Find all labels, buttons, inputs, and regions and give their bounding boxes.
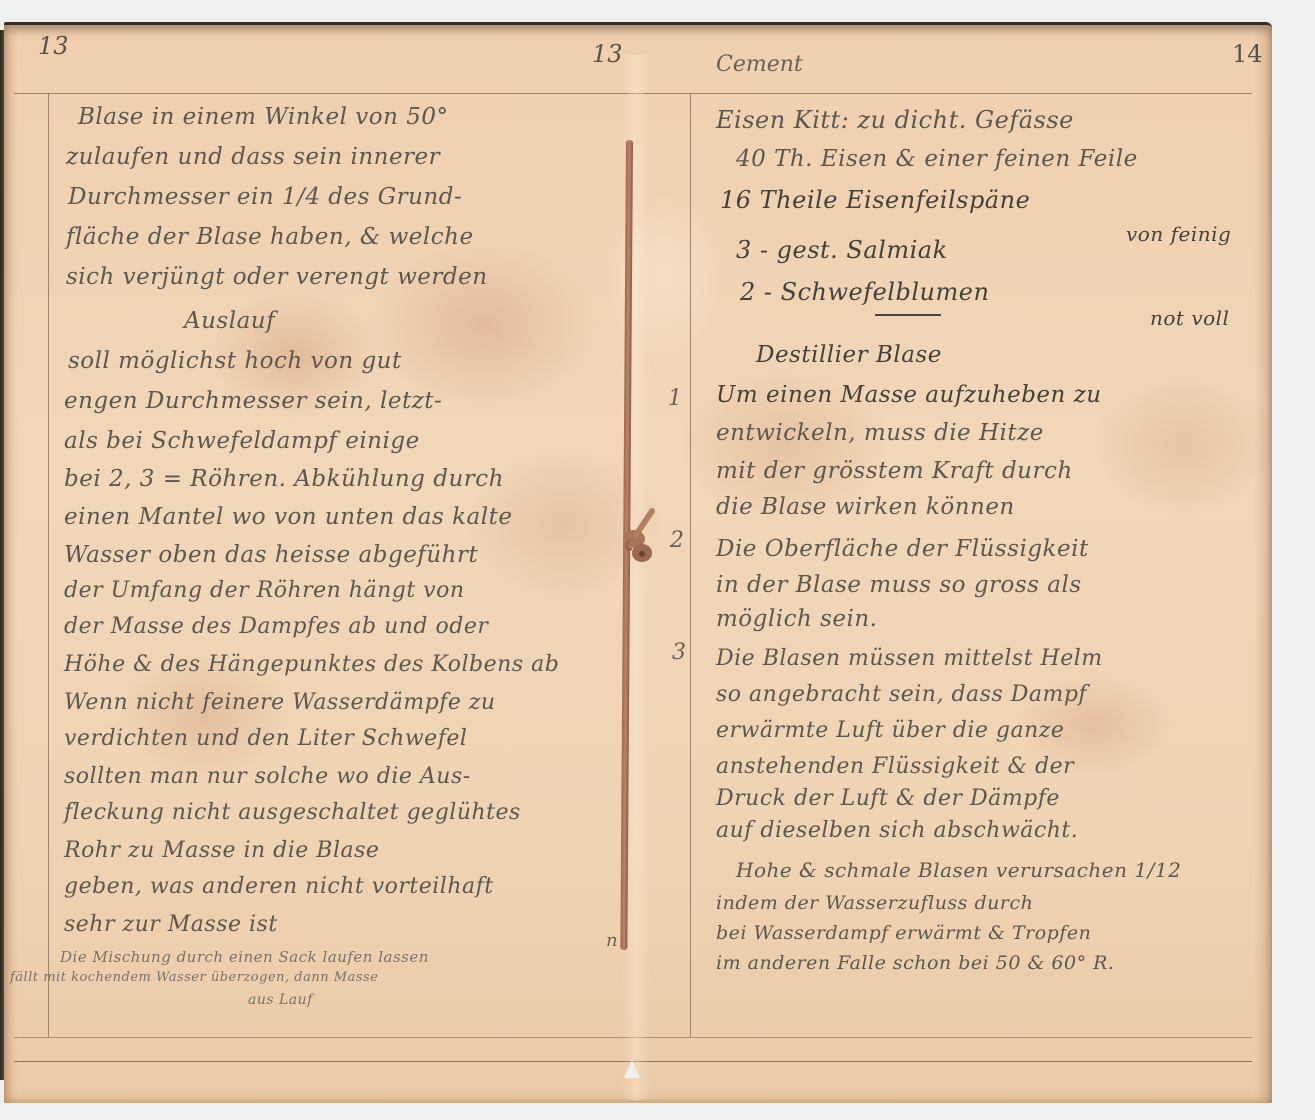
text-line: bei Wasserdampf erwärmt & Tropfen: [716, 922, 1091, 944]
margin-mark: 1: [668, 386, 682, 411]
left-margin-line: [48, 93, 49, 1037]
text-line: Um einen Masse aufzuheben zu: [716, 382, 1102, 408]
annotation: not voll: [1150, 306, 1229, 330]
underline-mark: [875, 314, 941, 316]
text-line: indem der Wasserzufluss durch: [716, 892, 1033, 914]
text-line: Rohr zu Masse in die Blase: [64, 838, 379, 863]
string-knot-icon: [618, 505, 658, 567]
margin-mark: n: [606, 930, 618, 951]
text-line: bei 2, 3 = Röhren. Abkühlung durch: [64, 466, 504, 492]
text-line: Durchmesser ein 1/4 des Grund-: [68, 184, 462, 210]
text-line: 40 Th. Eisen & einer feinen Feile: [736, 146, 1138, 172]
section-heading: Auslauf: [184, 308, 275, 334]
text-line: entwickeln, muss die Hitze: [716, 420, 1044, 446]
section-heading: Destillier Blase: [756, 342, 942, 368]
page-number-right: 14: [1232, 40, 1263, 68]
text-line: auf dieselben sich abschwächt.: [716, 818, 1078, 843]
text-line: sehr zur Masse ist: [64, 912, 278, 937]
margin-mark: 2: [670, 528, 684, 553]
text-line: anstehenden Flüssigkeit & der: [716, 754, 1074, 779]
right-margin-line: [690, 93, 691, 1037]
margin-mark: 3: [672, 640, 686, 665]
footnote-line: fällt mit kochendem Wasser überzogen, da…: [10, 970, 378, 985]
text-line: Eisen Kitt: zu dicht. Gefässe: [716, 106, 1074, 134]
text-line: erwärmte Luft über die ganze: [716, 718, 1064, 743]
text-line: mit der grösstem Kraft durch: [716, 458, 1073, 484]
header-word-cement: Cement: [716, 52, 803, 77]
text-line: als bei Schwefeldampf einige: [64, 428, 420, 454]
text-line: fleckung nicht ausgeschaltet geglühtes: [64, 800, 521, 825]
left-page-edge: [4, 25, 18, 1103]
text-line: Wenn nicht feinere Wasserdämpfe zu: [64, 690, 496, 715]
text-line: die Blase wirken können: [716, 494, 1015, 520]
page-number-left: 13: [38, 32, 69, 60]
text-line: geben, was anderen nicht vorteilhaft: [64, 874, 494, 899]
text-line: zulaufen und dass sein innerer: [66, 144, 440, 170]
text-line: einen Mantel wo von unten das kalte: [64, 504, 512, 530]
text-line: Die Blasen müssen mittelst Helm: [716, 646, 1103, 671]
text-line: sollten man nur solche wo die Aus-: [64, 764, 471, 789]
text-line: der Umfang der Röhren hängt von: [64, 578, 465, 603]
text-line: Die Oberfläche der Flüssigkeit: [716, 536, 1089, 562]
text-line: Hohe & schmale Blasen verursachen 1/12: [736, 858, 1181, 882]
text-line: im anderen Falle schon bei 50 & 60° R.: [716, 952, 1114, 974]
text-line: fläche der Blase haben, & welche: [66, 224, 474, 250]
bottom-notch: [624, 1060, 640, 1078]
recipe-line: 3 - gest. Salmiak: [736, 236, 948, 264]
text-line: Höhe & des Hängepunktes des Kolbens ab: [64, 652, 559, 677]
text-line: engen Durchmesser sein, letzt-: [64, 388, 442, 414]
footnote-line: aus Lauf: [248, 992, 313, 1008]
text-line: möglich sein.: [716, 606, 878, 632]
text-line: Wasser oben das heisse abgeführt: [64, 542, 478, 568]
right-page-edge: [1254, 25, 1272, 1103]
text-line: der Masse des Dampfes ab und oder: [64, 614, 488, 639]
annotation: von feinig: [1126, 222, 1231, 246]
recipe-line: 2 - Schwefelblumen: [740, 278, 989, 306]
text-line: Blase in einem Winkel von 50°: [78, 104, 449, 130]
text-line: sich verjüngt oder verengt werden: [66, 264, 488, 290]
text-line: so angebracht sein, dass Dampf: [716, 682, 1087, 707]
text-line: verdichten und den Liter Schwefel: [64, 726, 467, 751]
recipe-line: 16 Theile Eisenfeilspäne: [720, 186, 1030, 214]
footnote-line: Die Mischung durch einen Sack laufen las…: [60, 948, 429, 966]
text-line: Druck der Luft & der Dämpfe: [716, 786, 1060, 811]
text-line: soll möglichst hoch von gut: [68, 348, 402, 374]
text-line: in der Blase muss so gross als: [716, 572, 1082, 598]
page-number-center: 13: [592, 40, 623, 68]
